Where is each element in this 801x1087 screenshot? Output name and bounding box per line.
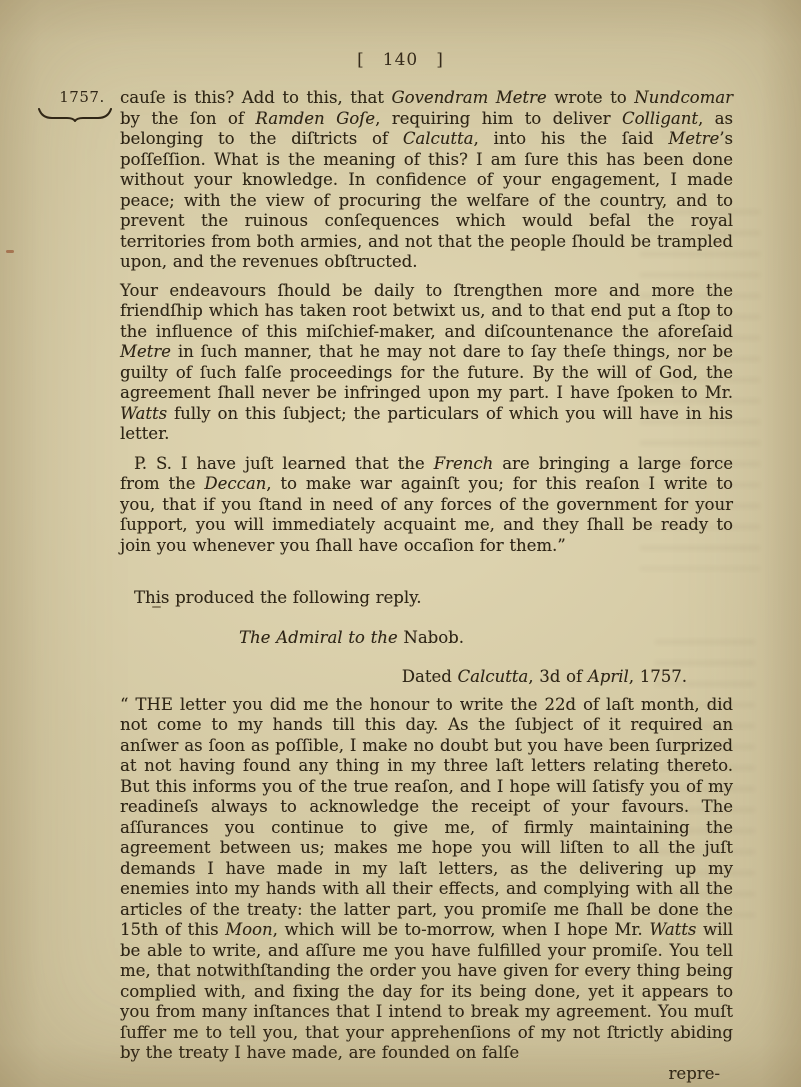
close-bracket: ] [436, 50, 444, 70]
letter-text-column: cauſe is this? Add to this, that Govendr… [120, 88, 733, 1084]
page-number: 140 [383, 50, 418, 70]
page-number-header: [140] [0, 50, 801, 70]
letter-paragraph-1: cauſe is this? Add to this, that Govendr… [120, 88, 733, 273]
open-bracket: [ [357, 50, 365, 70]
reply-letter-paragraph: “ THE letter you did me the honour to wr… [120, 695, 733, 1064]
margin-year-label: 1757. [38, 88, 112, 106]
letter-paragraph-2: Your endeavours ſhould be daily to ſtren… [120, 281, 733, 445]
margin-year-note: 1757. [38, 88, 112, 122]
reply-letter-heading: The Admiral to the Nabob. [120, 628, 733, 649]
year-underbrace-icon [38, 107, 112, 122]
book-page-scan: [140] 1757. cauſe is this? Add to this, … [0, 0, 801, 1087]
reply-intro-line: This produced the following reply. [120, 588, 733, 609]
ink-speck [6, 250, 14, 253]
reply-letter-dateline: Dated Calcutta, 3d of April, 1757. [120, 667, 733, 688]
letter-postscript: P. S. I have juſt learned that the Frenc… [120, 454, 733, 557]
catchword: repre- [669, 1064, 720, 1083]
